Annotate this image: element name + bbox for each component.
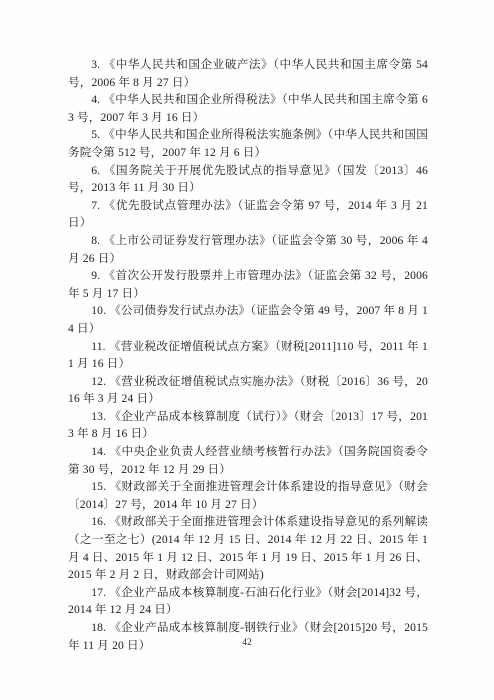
list-item: 13. 《企业产品成本核算制度（试行）》（财会〔2013〕17 号，2013 年… — [68, 408, 428, 443]
list-item: 10. 《公司债券发行试点办法》（证监会令第 49 号，2007 年 8 月 1… — [68, 302, 428, 337]
list-item: 14. 《中央企业负责人经营业绩考核暂行办法》（国务院国资委令第 30 号，20… — [68, 443, 428, 478]
list-item: 17. 《企业产品成本核算制度-石油石化行业》（财会[2014]32 号，201… — [68, 584, 428, 619]
document-page: 3. 《中华人民共和国企业破产法》（中华人民共和国主席令第 54 号，2006 … — [0, 0, 494, 700]
page-number: 42 — [0, 638, 494, 648]
reference-list: 3. 《中华人民共和国企业破产法》（中华人民共和国主席令第 54 号，2006 … — [68, 56, 428, 654]
list-item: 5. 《中华人民共和国企业所得税法实施条例》（中华人民共和国国务院令第 512 … — [68, 126, 428, 161]
list-item: 18. 《企业产品成本核算制度-钢铁行业》（财会[2015]20 号，2015 … — [68, 619, 428, 654]
list-item: 11. 《营业税改征增值税试点方案》（财税[2011]110 号，2011 年 … — [68, 338, 428, 373]
list-item: 6. 《国务院关于开展优先股试点的指导意见》（国发〔2013〕46 号，2013… — [68, 162, 428, 197]
list-item: 16. 《财政部关于全面推进管理会计体系建设指导意见的系列解读（之一至之七）(2… — [68, 513, 428, 583]
list-item: 3. 《中华人民共和国企业破产法》（中华人民共和国主席令第 54 号，2006 … — [68, 56, 428, 91]
list-item: 9. 《首次公开发行股票并上市管理办法》（证监会第 32 号，2006 年 5 … — [68, 267, 428, 302]
list-item: 7. 《优先股试点管理办法》（证监会令第 97 号，2014 年 3 月 21 … — [68, 197, 428, 232]
list-item: 4. 《中华人民共和国企业所得税法》（中华人民共和国主席令第 63 号，2007… — [68, 91, 428, 126]
list-item: 8. 《上市公司证券发行管理办法》（证监会令第 30 号，2006 年 4 月 … — [68, 232, 428, 267]
list-item: 15. 《财政部关于全面推进管理会计体系建设的指导意见》（财会〔2014〕27 … — [68, 478, 428, 513]
list-item: 12. 《营业税改征增值税试点实施办法》（财税〔2016〕36 号，2016 年… — [68, 373, 428, 408]
